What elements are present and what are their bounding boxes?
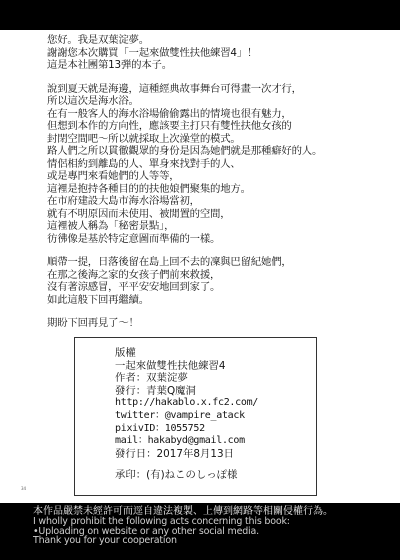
afterword-paragraph-farewell: 期盼下回再見了～！ — [47, 317, 367, 330]
text-line: 在有一般客人的海水浴場偷偷露出的情境也很有魅力， — [47, 108, 367, 121]
colophon-author: 作者：双葉淀夢 — [115, 372, 258, 385]
text-line: 這是本社團第13弾的本子。 — [47, 59, 367, 72]
text-line: 就有不明原因而未使用、被閒置的空間， — [47, 208, 367, 221]
text-line: 說到夏天就是海邊，這種經典故事舞台可得畫一次才行， — [47, 83, 367, 96]
text-line: 順帶一提，日落後留在島上回不去的凜與巴留紀她們， — [47, 256, 367, 269]
colophon-printer: 承印：(有)ねこのしっぽ様 — [115, 469, 258, 482]
text-line: 如此這般下回再繼續。 — [47, 294, 367, 307]
text-line: 期盼下回再見了～！ — [47, 317, 367, 330]
colophon-title: 一起來做雙性扶他練習4 — [115, 360, 258, 373]
text-line: 但想到本作的方向性，應該要主打只有雙性扶他女孩的 — [47, 120, 367, 133]
colophon-date: 發行日：2017年8月13日 — [115, 448, 258, 461]
text-line: 路人們之所以貫徹觀眾的身份是因為她們就是那種癖好的人。 — [47, 145, 367, 158]
colophon-twitter: twitter：@vampire_atack — [115, 410, 258, 423]
text-line: 謝謝您本次購買「一起來做雙性扶他練習4」！ — [47, 47, 367, 60]
text-line: 在市府建設大島市海水浴場當初， — [47, 195, 367, 208]
text-line: 封閉空間吧～所以就採取上次澡堂的模式。 — [47, 133, 367, 146]
top-black-bar — [0, 0, 400, 30]
text-line: 沒有著涼感冒，平平安安地回到家了。 — [47, 281, 367, 294]
text-line: 這裡被人稱為「秘密景點」， — [47, 220, 367, 233]
afterword-paragraph-greeting: 您好。我是双葉淀夢。 謝謝您本次購買「一起來做雙性扶他練習4」！ 這是本社團第1… — [47, 34, 367, 72]
text-line: 情侶相約到離島的人、單身來找對手的人、 — [47, 158, 367, 171]
colophon-publisher: 發行：青葉Q魔洞 — [115, 385, 258, 398]
text-line: 彷彿像是基於特定意圖而準備的一樣。 — [47, 233, 367, 246]
text-line: 您好。我是双葉淀夢。 — [47, 34, 367, 47]
text-line: 在那之後海之家的女孩子們前來救援， — [47, 269, 367, 282]
copyright-notice-bar: 本作品嚴禁未經許可而逕自違法複製、上傳到網路等相關侵權行為。 I wholly … — [0, 503, 400, 560]
text-line: 或是專門來看她們的人等等， — [47, 170, 367, 183]
colophon-website-link[interactable]: http://hakablo.x.fc2.com/ — [115, 397, 258, 410]
colophon-box: 版權 一起來做雙性扶他練習4 作者：双葉淀夢 發行：青葉Q魔洞 http://h… — [74, 337, 317, 496]
colophon-heading: 版權 — [115, 347, 258, 360]
page-number: 34 — [21, 486, 26, 491]
text-line: 所以這次是海水浴。 — [47, 95, 367, 108]
colophon-mail: mail：hakabyd@gmail.com — [115, 435, 258, 448]
notice-en-line: Thank you for your cooperation — [33, 536, 333, 546]
afterword-paragraph-epilogue: 順帶一提，日落後留在島上回不去的凜與巴留紀她們， 在那之後海之家的女孩子們前來救… — [47, 256, 367, 306]
afterword-paragraph-story: 說到夏天就是海邊，這種經典故事舞台可得畫一次才行， 所以這次是海水浴。 在有一般… — [47, 83, 367, 246]
afterword-text: 您好。我是双葉淀夢。 謝謝您本次購買「一起來做雙性扶他練習4」！ 這是本社團第1… — [47, 34, 367, 341]
text-line: 這裡是抱持各種目的的扶他娘們聚集的地方。 — [47, 183, 367, 196]
colophon-pixiv-id: pixivID：1055752 — [115, 423, 258, 436]
